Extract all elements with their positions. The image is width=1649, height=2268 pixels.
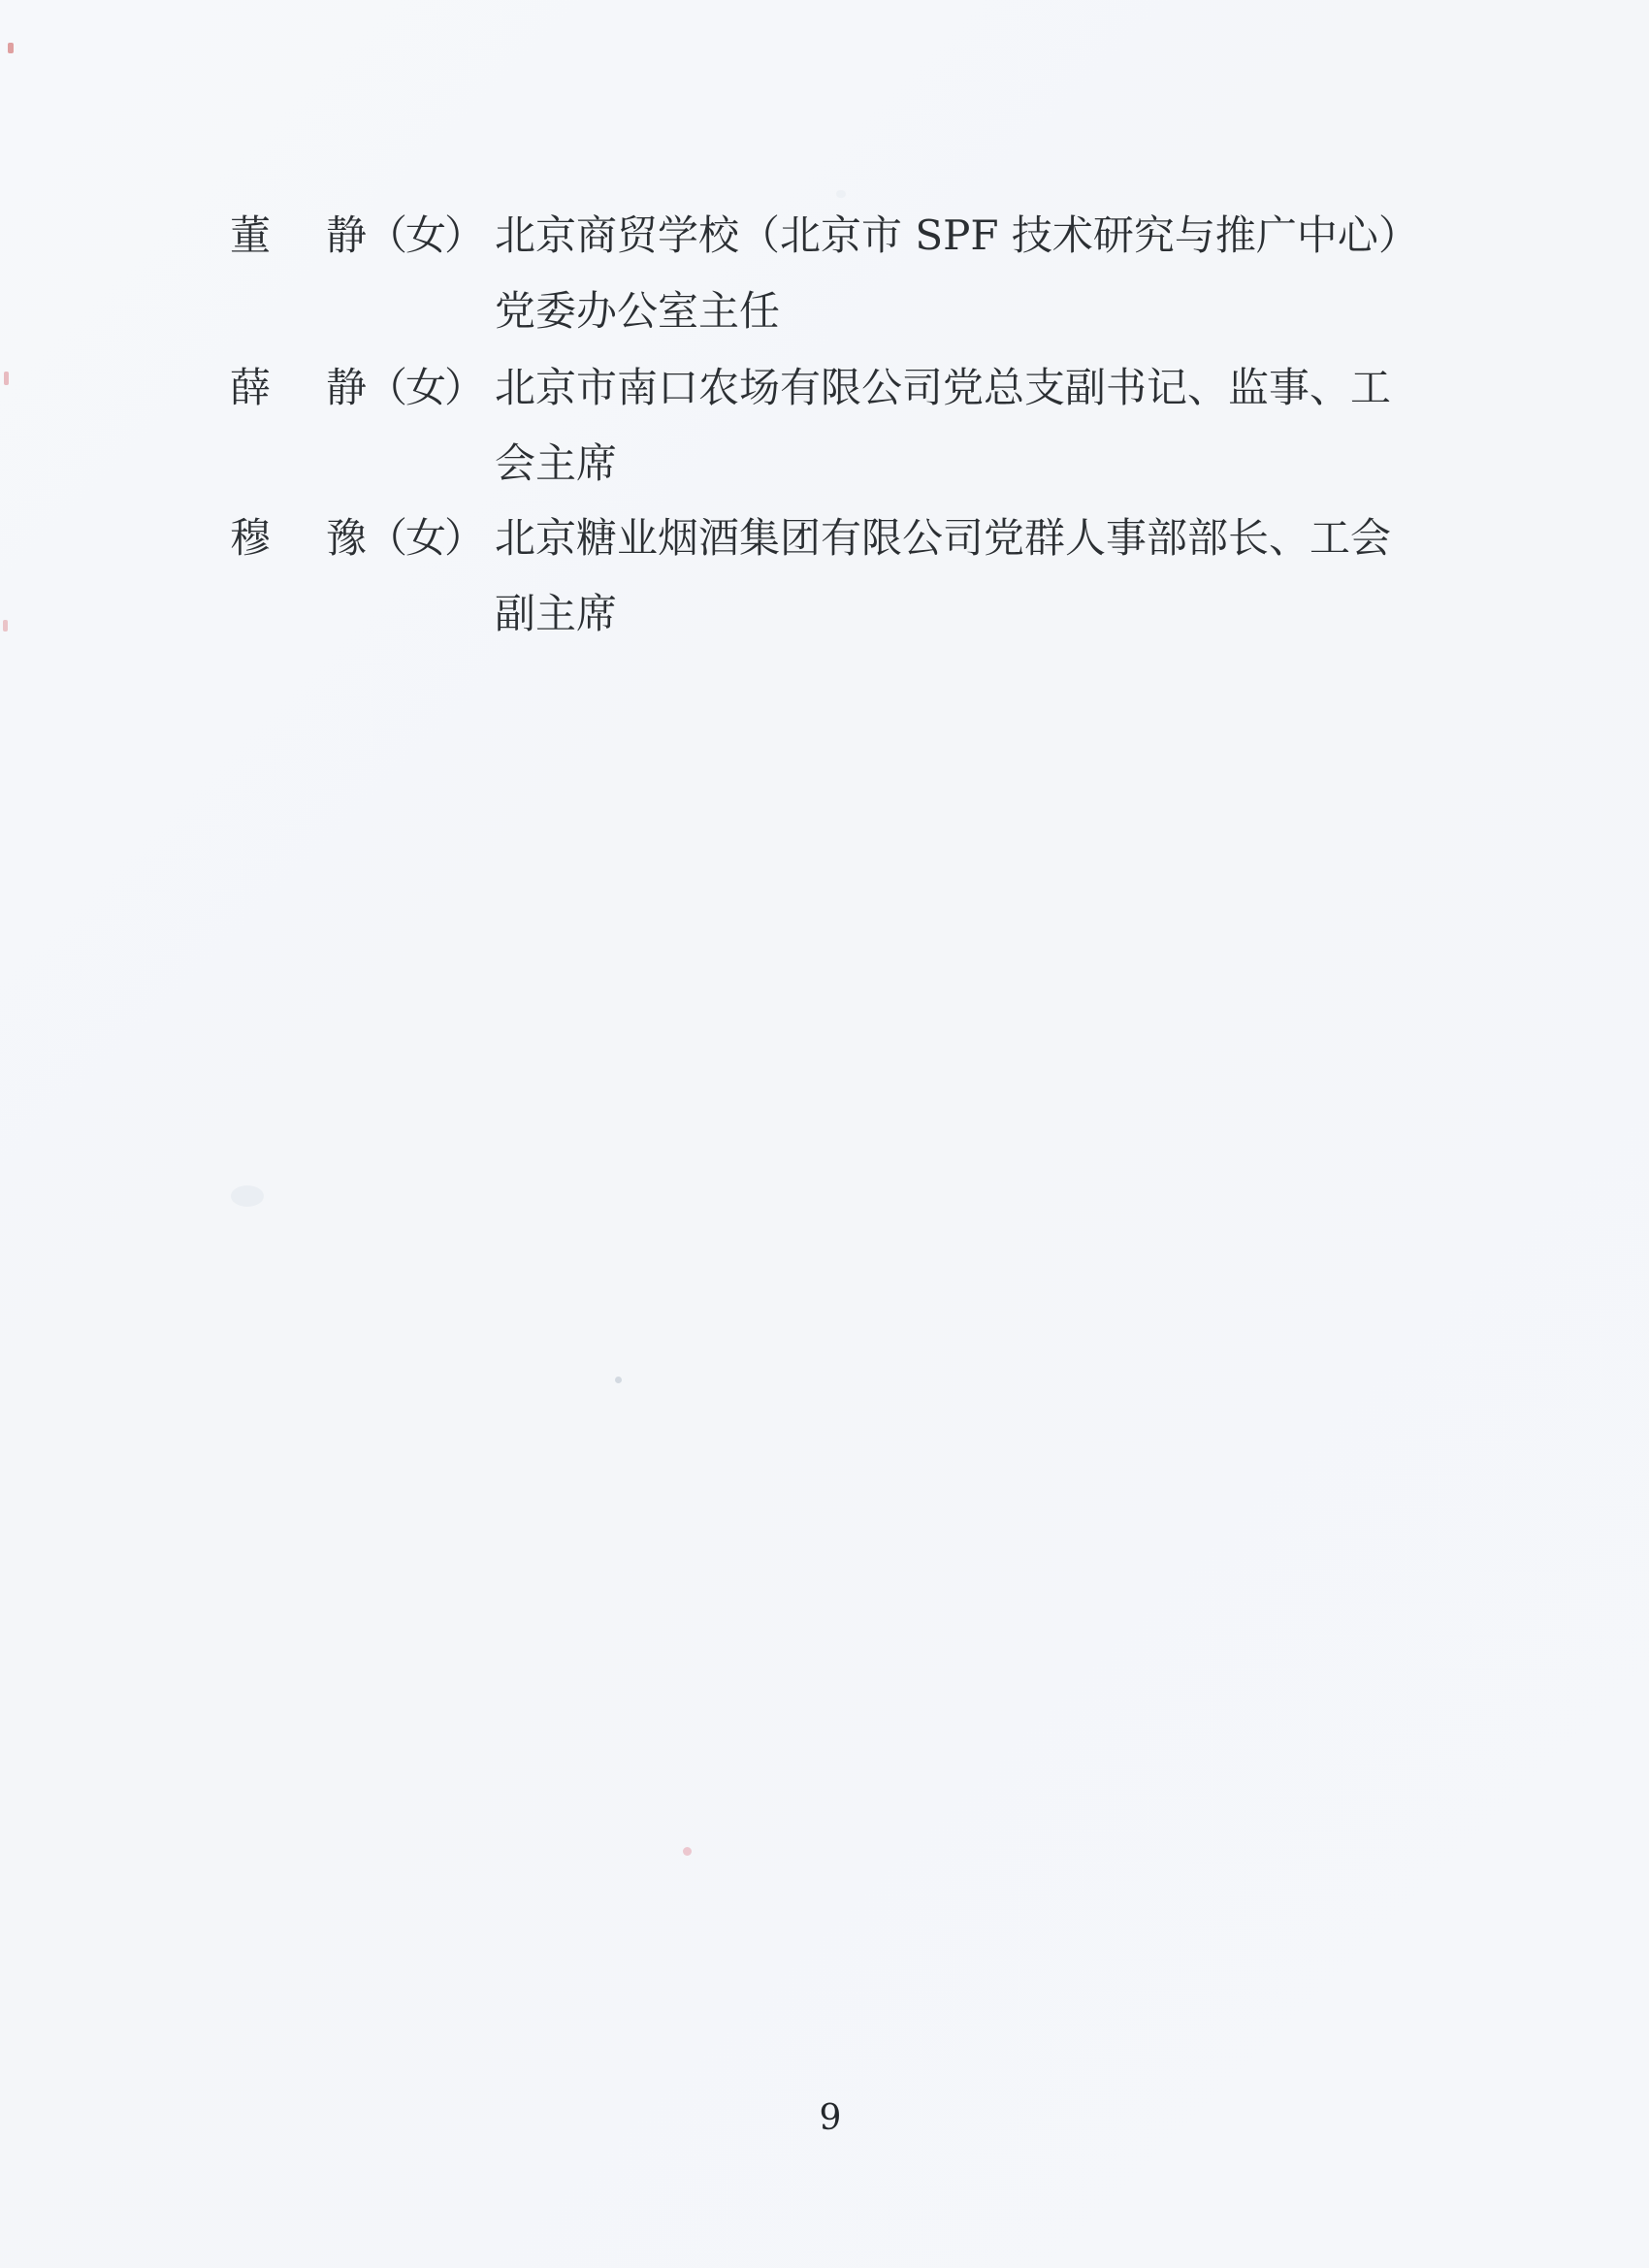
scan-speck — [615, 1377, 622, 1383]
scan-speck — [8, 43, 14, 53]
title-line: 北京商贸学校（北京市 SPF 技术研究与推广中心） — [495, 198, 1440, 274]
given-name: 静 — [326, 198, 367, 274]
gender-note: （女） — [367, 350, 483, 426]
scan-speck — [4, 372, 9, 385]
given-name: 静 — [326, 350, 367, 426]
scan-speck — [683, 1847, 692, 1856]
page-number: 9 — [12, 2097, 1649, 2140]
title-line: 北京糖业烟酒集团有限公司党群人事部部长、工会 — [495, 501, 1440, 576]
scanned-document-page: 董 静 （女） 北京商贸学校（北京市 SPF 技术研究与推广中心） 党委办公室主… — [0, 0, 1649, 2268]
person-title: 北京糖业烟酒集团有限公司党群人事部部长、工会 副主席 — [495, 501, 1440, 652]
gender-note: （女） — [367, 501, 483, 576]
surname: 穆 — [230, 501, 271, 576]
title-line: 会主席 — [495, 426, 1440, 502]
person-name: 薛 静 （女） — [230, 350, 495, 426]
personnel-entry: 薛 静 （女） 北京市南口农场有限公司党总支副书记、监事、工 会主席 — [230, 350, 1440, 502]
personnel-entry: 董 静 （女） 北京商贸学校（北京市 SPF 技术研究与推广中心） 党委办公室主… — [230, 198, 1440, 349]
person-title: 北京商贸学校（北京市 SPF 技术研究与推广中心） 党委办公室主任 — [495, 198, 1440, 349]
gender-note: （女） — [367, 198, 483, 274]
title-line: 党委办公室主任 — [495, 274, 1440, 349]
given-name: 豫 — [326, 501, 367, 576]
surname: 董 — [230, 198, 271, 274]
scan-speck — [231, 1185, 264, 1207]
title-line: 副主席 — [495, 576, 1440, 652]
person-name: 董 静 （女） — [230, 198, 495, 274]
person-name: 穆 豫 （女） — [230, 501, 495, 576]
personnel-entry: 穆 豫 （女） 北京糖业烟酒集团有限公司党群人事部部长、工会 副主席 — [230, 501, 1440, 652]
scan-speck — [3, 620, 8, 632]
person-title: 北京市南口农场有限公司党总支副书记、监事、工 会主席 — [495, 350, 1440, 502]
title-line: 北京市南口农场有限公司党总支副书记、监事、工 — [495, 350, 1440, 426]
scan-speck — [836, 190, 846, 198]
surname: 薛 — [230, 350, 271, 426]
